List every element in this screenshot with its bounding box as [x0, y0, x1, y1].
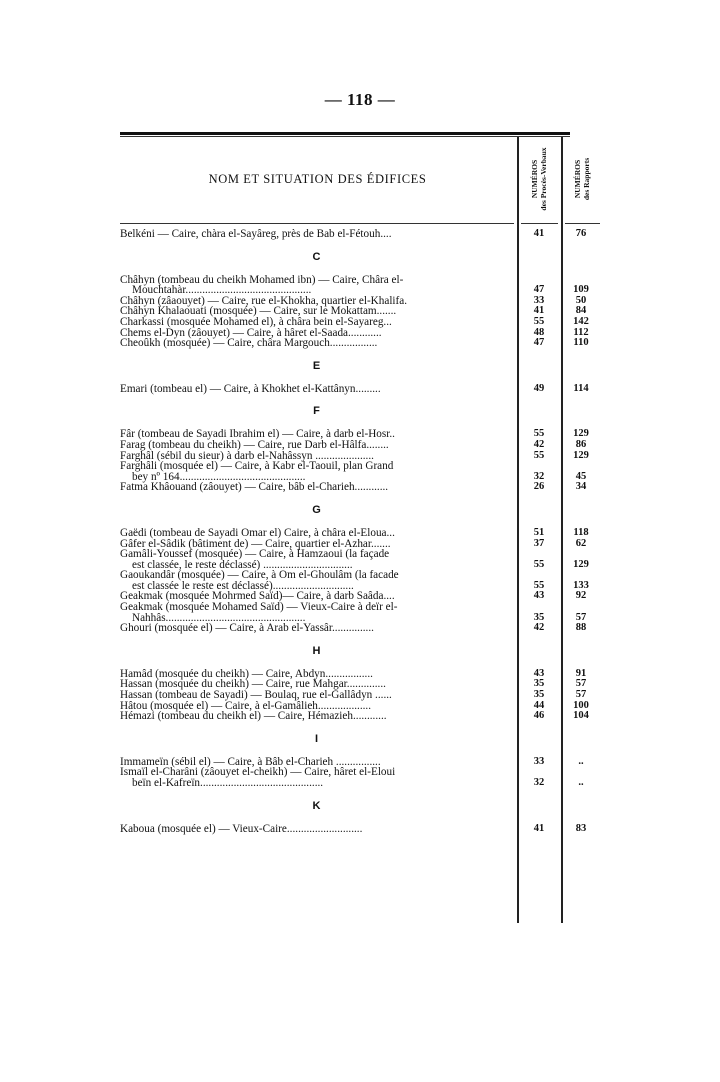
- rapports-number: 104: [566, 711, 596, 722]
- rapports-number: 114: [566, 384, 596, 395]
- edifice-name: Kaboua (mosquée el) — Vieux-Caire.......…: [120, 824, 513, 835]
- proces-verbaux-number: 33: [524, 757, 554, 768]
- section-letter-k: K: [120, 800, 513, 812]
- proces-verbaux-number: 49: [524, 384, 554, 395]
- edifice-name: Charkassi (mosquée Mohamed el), à châra …: [120, 317, 513, 328]
- rapports-number: 110: [566, 338, 596, 349]
- rapports-number: 118: [566, 528, 596, 539]
- edifice-name: Gaëdi (tombeau de Sayadi Omar el) Caire,…: [120, 528, 513, 539]
- table-row: Belkéni — Caire, chàra el-Sayâreg, près …: [120, 229, 610, 240]
- column-header-proces-verbaux: NUMÉROS des Procès-Verbaux: [519, 140, 559, 218]
- rapports-number: 76: [566, 229, 596, 240]
- page-number: — 118 —: [0, 90, 720, 110]
- proces-verbaux-number: 46: [524, 711, 554, 722]
- table-row: Fatma Khâouand (zâouyet) — Caire, bâb el…: [120, 482, 610, 493]
- rapports-number: 88: [566, 623, 596, 634]
- header-underline-name: [120, 223, 514, 224]
- rapports-number: 34: [566, 482, 596, 493]
- table-row: Cheoûkh (mosquée) — Caire, châra Margouc…: [120, 338, 610, 349]
- table-row: Kaboua (mosquée el) — Vieux-Caire.......…: [120, 824, 610, 835]
- table-row: Geakmak (mosquée Mohamed Saïd) — Vieux-C…: [120, 602, 610, 623]
- table-row: Châhyn (tombeau du cheikh Mohamed ibn) —…: [120, 275, 610, 296]
- table-row: Hémazi (tombeau du cheikh el) — Caire, H…: [120, 711, 610, 722]
- column-header-rap-line1: NUMÉROS: [573, 158, 582, 200]
- section-letter-h: H: [120, 645, 513, 657]
- table-row: Ghouri (mosquée el) — Caire, à Arab el-Y…: [120, 623, 610, 634]
- edifice-name: Ghouri (mosquée el) — Caire, à Arab el-Y…: [120, 623, 513, 634]
- table-row: Farag (tombeau du cheikh) — Caire, rue D…: [120, 440, 610, 451]
- rapports-number: 83: [566, 824, 596, 835]
- table-row: Emari (tombeau el) — Caire, à Khokhet el…: [120, 384, 610, 395]
- table-row: Gamâli-Youssef (mosquée) — Caire, à Hamz…: [120, 549, 610, 570]
- table-body: Belkéni — Caire, chàra el-Sayâreg, près …: [120, 229, 610, 834]
- header-underline-pv: [521, 223, 558, 224]
- column-header-rap-line2: des Rapports: [582, 158, 591, 200]
- proces-verbaux-number: 47: [524, 338, 554, 349]
- edifice-name: Farag (tombeau du cheikh) — Caire, rue D…: [120, 440, 513, 451]
- proces-verbaux-number: 37: [524, 539, 554, 550]
- edifice-name-continued: beïn el-Kafreïn.........................…: [120, 778, 525, 789]
- proces-verbaux-number: 41: [524, 824, 554, 835]
- section-letter-i: I: [120, 733, 513, 745]
- rapports-number: ..: [566, 778, 596, 789]
- proces-verbaux-number: 42: [524, 440, 554, 451]
- rapports-number: 129: [566, 560, 596, 571]
- edifice-name: Fatma Khâouand (zâouyet) — Caire, bâb el…: [120, 482, 513, 493]
- table-row: Gaoukandâr (mosquée) — Caire, à Om el-Gh…: [120, 570, 610, 591]
- column-header-pv-line1: NUMÉROS: [530, 147, 539, 210]
- proces-verbaux-number: 42: [524, 623, 554, 634]
- proces-verbaux-number: 55: [524, 560, 554, 571]
- section-letter-g: G: [120, 504, 513, 516]
- edifice-name: Cheoûkh (mosquée) — Caire, châra Margouc…: [120, 338, 513, 349]
- table-row: Farghâli (mosquée el) — Caire, à Kabr el…: [120, 461, 610, 482]
- column-header-rapports: NUMÉROS des Rapports: [564, 140, 600, 218]
- proces-verbaux-number: 26: [524, 482, 554, 493]
- edifice-name: Hémazi (tombeau du cheikh el) — Caire, H…: [120, 711, 513, 722]
- table-row: Charkassi (mosquée Mohamed el), à châra …: [120, 317, 610, 328]
- column-header-pv-line2: des Procès-Verbaux: [539, 147, 548, 210]
- proces-verbaux-number: 51: [524, 528, 554, 539]
- table-top-rule: [120, 132, 570, 135]
- proces-verbaux-number: 55: [524, 451, 554, 462]
- section-letter-f: F: [120, 405, 513, 417]
- proces-verbaux-number: 43: [524, 591, 554, 602]
- edifice-name: Belkéni — Caire, chàra el-Sayâreg, près …: [120, 229, 513, 240]
- proces-verbaux-number: 55: [524, 317, 554, 328]
- edifice-name: Emari (tombeau el) — Caire, à Khokhet el…: [120, 384, 513, 395]
- table-top-rule-thin: [120, 136, 570, 137]
- proces-verbaux-number: 32: [524, 778, 554, 789]
- rapports-number: 142: [566, 317, 596, 328]
- section-letter-c: C: [120, 251, 513, 263]
- column-header-name: NOM ET SITUATION DES ÉDIFICES: [120, 172, 515, 187]
- rapports-number: 62: [566, 539, 596, 550]
- section-letter-e: E: [120, 360, 513, 372]
- rapports-number: ..: [566, 757, 596, 768]
- table-row: Ismaïl el-Charâni (zâouyet el-cheikh) — …: [120, 767, 610, 788]
- rapports-number: 129: [566, 451, 596, 462]
- rapports-number: 92: [566, 591, 596, 602]
- table-row: Gaëdi (tombeau de Sayadi Omar el) Caire,…: [120, 528, 610, 539]
- rapports-number: 86: [566, 440, 596, 451]
- proces-verbaux-number: 41: [524, 229, 554, 240]
- header-underline-rapports: [565, 223, 600, 224]
